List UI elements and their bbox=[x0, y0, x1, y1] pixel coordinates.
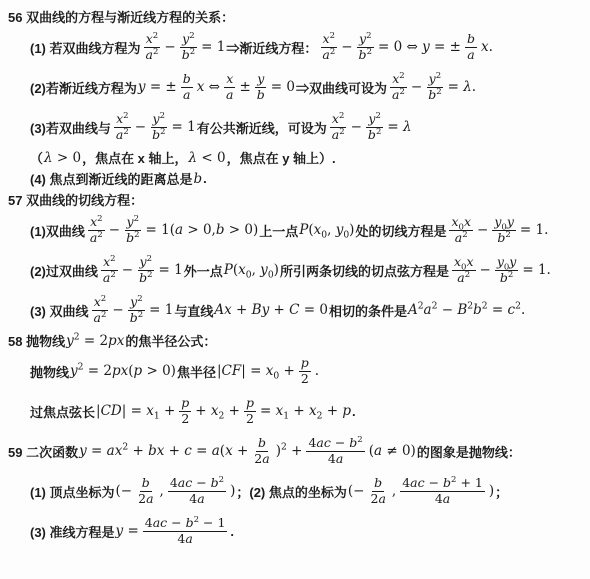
fraction: x2a2 bbox=[330, 112, 347, 142]
math-run: (− bbox=[347, 483, 366, 499]
fraction: y2b2 bbox=[180, 32, 197, 62]
math-run: y = ± bbox=[137, 79, 178, 95]
text-run: ⇒渐近线方程： bbox=[226, 38, 317, 57]
text-run: （ bbox=[30, 148, 43, 167]
text-run: 所引两条切线的切点弦方程是 bbox=[280, 261, 449, 280]
math-run: y2 = 2px bbox=[65, 333, 125, 349]
text-run: 58 抛物线 bbox=[8, 331, 65, 350]
item-56-4: (4) 焦点到渐近线的距离总是b. bbox=[30, 169, 586, 188]
fraction: x2a2 bbox=[101, 255, 118, 285]
math-run: . bbox=[314, 363, 320, 379]
text-run: 56 双曲线的方程与渐近线方程的关系： bbox=[8, 7, 234, 26]
text-run: . bbox=[352, 404, 356, 419]
fraction: 4ac − b2 − 14a bbox=[143, 516, 228, 546]
math-run: − bbox=[121, 262, 134, 278]
fraction: y0yb2 bbox=[495, 255, 519, 285]
fraction: x2a2 bbox=[88, 215, 105, 245]
heading-58: 58 抛物线y2 = 2px的焦半径公式： bbox=[8, 331, 586, 350]
math-run: A2a2 − B2b2 = c2. bbox=[407, 302, 526, 318]
fraction: y2b2 bbox=[128, 295, 145, 325]
math-run: = 1 bbox=[148, 302, 174, 318]
fraction: ba bbox=[465, 32, 477, 62]
math-run: − bbox=[476, 222, 489, 238]
fraction: 4ac − b24a bbox=[168, 476, 226, 506]
text-run: ⇒双曲线可设为 bbox=[296, 78, 387, 97]
math-run: = 1. bbox=[521, 262, 551, 278]
math-run: |CF| = x0 + bbox=[216, 363, 296, 379]
math-run: (− bbox=[115, 483, 134, 499]
fraction: ba bbox=[181, 72, 193, 102]
math-run: = x1 + x2 + p bbox=[259, 403, 352, 419]
text-run: (4) 焦点到渐近线的距离总是 bbox=[30, 169, 193, 188]
fraction: y2b2 bbox=[366, 112, 383, 142]
heading-57: 57 双曲线的切线方程： bbox=[8, 190, 586, 209]
text-run: ，焦点在 y 轴上）. bbox=[227, 148, 336, 167]
fraction: x2a2 bbox=[320, 32, 337, 62]
fraction: x0xa2 bbox=[452, 255, 476, 285]
math-run: = 1 bbox=[158, 262, 184, 278]
math-run: = 0 bbox=[270, 79, 296, 95]
item-56-3: (3)若双曲线与x2a2−y2b2= 1有公共渐近线，可设为x2a2−y2b2=… bbox=[30, 108, 586, 146]
item-59-3: (3) 准线方程是y =4ac − b2 − 14a. bbox=[30, 512, 586, 550]
math-run: , bbox=[159, 483, 165, 499]
math-run: y = bbox=[115, 523, 140, 539]
item-59-1-2: (1) 顶点坐标为(−b2a,4ac − b24a)；(2) 焦点的坐标为(−b… bbox=[30, 472, 586, 510]
fraction: p2 bbox=[299, 356, 311, 386]
text-run: 的焦半径公式： bbox=[125, 331, 216, 350]
text-run: (2)过双曲线 bbox=[30, 261, 98, 280]
text-run: 相切的条件是 bbox=[329, 301, 407, 320]
fraction: y2b2 bbox=[137, 255, 154, 285]
fraction: x2a2 bbox=[390, 72, 407, 102]
item-56-1: (1) 若双曲线方程为x2a2−y2b2= 1⇒渐近线方程：x2a2−y2b2=… bbox=[30, 28, 586, 66]
fraction: p2 bbox=[244, 396, 256, 426]
fraction: y2b2 bbox=[426, 72, 443, 102]
fraction: x2a2 bbox=[144, 32, 161, 62]
math-run: P(x0, y0) bbox=[298, 222, 355, 238]
fraction: yb bbox=[255, 72, 267, 102]
text-run: 过焦点弦长 bbox=[30, 402, 95, 421]
fraction: x0xa2 bbox=[449, 215, 473, 245]
text-run: (3) 准线方程是 bbox=[30, 522, 115, 541]
math-run: )2 + bbox=[275, 443, 304, 459]
math-run: + x2 + bbox=[194, 403, 241, 419]
math-run: ) bbox=[229, 483, 236, 499]
text-run: . bbox=[203, 171, 207, 186]
math-run: − bbox=[479, 262, 492, 278]
math-run: = 1 bbox=[200, 39, 226, 55]
item-57-2: (2)过双曲线x2a2−y2b2= 1外一点P(x0, y0)所引两条切线的切点… bbox=[30, 251, 586, 289]
math-run: = λ bbox=[386, 119, 412, 135]
item-58-2: 过焦点弦长|CD| = x1 +p2+ x2 +p2= x1 + x2 + p. bbox=[30, 392, 586, 430]
item-56-3-note: （λ > 0，焦点在 x 轴上，λ < 0，焦点在 y 轴上）. bbox=[30, 148, 586, 167]
text-run: 57 双曲线的切线方程： bbox=[8, 190, 143, 209]
math-run: y = ax2 + bx + c = a(x + bbox=[78, 443, 249, 459]
text-run: ，焦点在 x 轴上， bbox=[82, 148, 187, 167]
text-run: (2)若渐近线方程为 bbox=[30, 78, 137, 97]
fraction: y2b2 bbox=[124, 215, 141, 245]
math-run: b bbox=[193, 171, 204, 187]
math-notes-page: 56 双曲线的方程与渐近线方程的关系：(1) 若双曲线方程为x2a2−y2b2=… bbox=[0, 0, 590, 579]
fraction: y2b2 bbox=[357, 32, 374, 62]
math-run: λ > 0 bbox=[43, 150, 82, 166]
text-run: 与直线 bbox=[174, 301, 213, 320]
math-run: λ < 0 bbox=[188, 150, 227, 166]
math-run: − bbox=[410, 79, 423, 95]
text-run: 上一点 bbox=[259, 221, 298, 240]
text-run: 抛物线 bbox=[30, 362, 69, 381]
fraction: x2a2 bbox=[92, 295, 109, 325]
text-run: ；(2) 焦点的坐标为 bbox=[236, 482, 347, 501]
math-run: = λ. bbox=[447, 79, 477, 95]
text-run: (3) 双曲线 bbox=[30, 301, 89, 320]
fraction: y0yb2 bbox=[492, 215, 516, 245]
text-run: (1)双曲线 bbox=[30, 221, 85, 240]
math-run: − bbox=[108, 222, 121, 238]
math-run: x ⇔ bbox=[196, 79, 221, 95]
text-run: (3)若双曲线与 bbox=[30, 118, 111, 137]
text-run: 59 二次函数 bbox=[8, 442, 78, 461]
math-run: ± bbox=[238, 79, 251, 95]
heading-59: 59 二次函数y = ax2 + bx + c = a(x +b2a)2 +4a… bbox=[8, 432, 586, 470]
fraction: 4ac − b2 + 14a bbox=[400, 476, 485, 506]
math-run: − bbox=[111, 302, 124, 318]
math-run: |CD| = x1 + bbox=[95, 403, 176, 419]
fraction: b2a bbox=[252, 436, 271, 466]
math-run: − bbox=[340, 39, 353, 55]
math-run: = 1. bbox=[519, 222, 549, 238]
math-run: Ax + By + C = 0 bbox=[213, 302, 329, 318]
item-58-1: 抛物线y2 = 2px(p > 0)焦半径|CF| = x0 +p2. bbox=[30, 352, 586, 390]
math-run: y2 = 2px(p > 0) bbox=[69, 363, 177, 379]
math-run: , bbox=[391, 483, 397, 499]
item-57-3: (3) 双曲线x2a2−y2b2= 1与直线Ax + By + C = 0相切的… bbox=[30, 291, 586, 329]
fraction: b2a bbox=[368, 476, 387, 506]
text-run: 处的切线方程是 bbox=[355, 221, 446, 240]
text-run: . bbox=[230, 524, 234, 539]
text-run: (1) 若双曲线方程为 bbox=[30, 38, 141, 57]
fraction: y2b2 bbox=[150, 112, 167, 142]
text-run: 外一点 bbox=[184, 261, 223, 280]
fraction: p2 bbox=[179, 396, 191, 426]
math-run: P(x0, y0) bbox=[223, 262, 280, 278]
fraction: b2a bbox=[136, 476, 155, 506]
math-run: x. bbox=[480, 39, 494, 55]
math-run: − bbox=[350, 119, 363, 135]
math-run: − bbox=[134, 119, 147, 135]
math-run: = 0 ⇔ y = ± bbox=[377, 39, 462, 55]
math-run: = 1 bbox=[171, 119, 197, 135]
text-run: (1) 顶点坐标为 bbox=[30, 482, 115, 501]
fraction: 4ac − b24a bbox=[306, 436, 364, 466]
item-57-1: (1)双曲线x2a2−y2b2= 1(a > 0,b > 0)上一点P(x0, … bbox=[30, 211, 586, 249]
fraction: xa bbox=[224, 72, 235, 102]
text-run: ； bbox=[495, 482, 508, 501]
fraction: x2a2 bbox=[114, 112, 131, 142]
text-run: 焦半径 bbox=[177, 362, 216, 381]
math-run: (a ≠ 0) bbox=[368, 443, 417, 459]
document-body: 56 双曲线的方程与渐近线方程的关系：(1) 若双曲线方程为x2a2−y2b2=… bbox=[6, 7, 586, 550]
math-run: = 1(a > 0,b > 0) bbox=[145, 222, 260, 238]
math-run: − bbox=[163, 39, 176, 55]
heading-56: 56 双曲线的方程与渐近线方程的关系： bbox=[8, 7, 586, 26]
math-run: ) bbox=[488, 483, 495, 499]
text-run: 的图象是抛物线： bbox=[417, 442, 521, 461]
text-run: 有公共渐近线，可设为 bbox=[197, 118, 327, 137]
item-56-2: (2)若渐近线方程为y = ±bax ⇔xa±yb= 0⇒双曲线可设为x2a2−… bbox=[30, 68, 586, 106]
